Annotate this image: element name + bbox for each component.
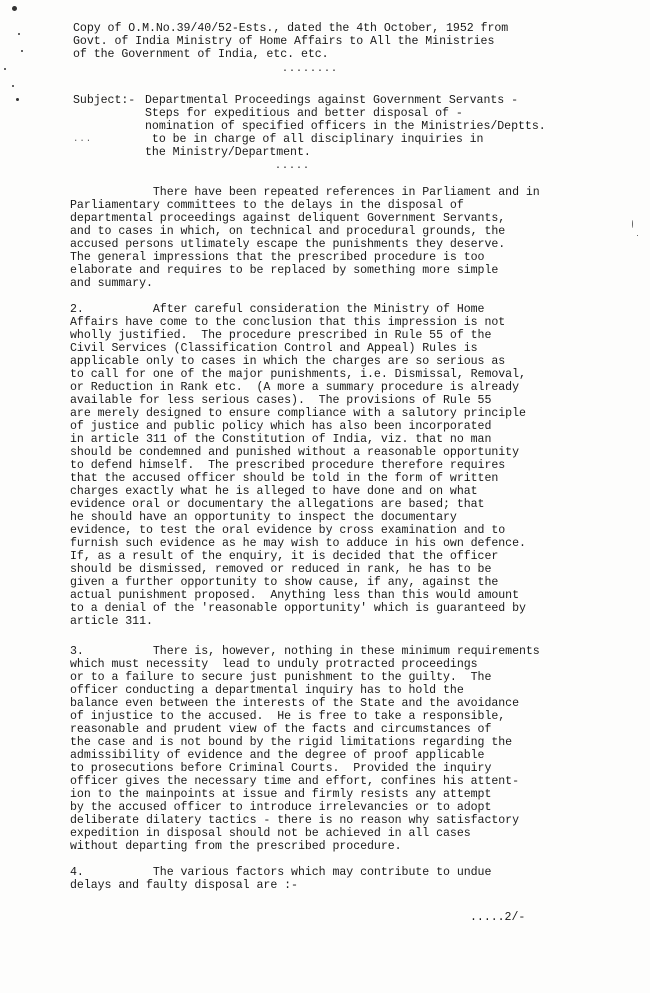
paragraph-2-line: applicable only to cases in which the ch… bbox=[70, 355, 505, 368]
subject-line: nomination of specified officers in the … bbox=[145, 120, 546, 133]
paragraph-2-line: charges exactly what he is alleged to ha… bbox=[70, 485, 478, 498]
paragraph-3-line: ion to the mainpoints at issue and firml… bbox=[70, 788, 491, 801]
paragraph-2-line: Civil Services (Classification Control a… bbox=[70, 342, 478, 355]
paragraph-3-line: admissibility of evidence and the degree… bbox=[70, 749, 484, 762]
paragraph-2-line: should be condemned and punished without… bbox=[70, 446, 519, 459]
paragraph-2-line: should be dismissed, removed or reduced … bbox=[70, 563, 491, 576]
paragraph-2-line: evidence oral or documentary the allegat… bbox=[70, 498, 484, 511]
page-continuation: .....2/- bbox=[470, 911, 525, 924]
scan-speck bbox=[632, 220, 633, 228]
paragraph-2-line: evidence, to test the oral evidence by c… bbox=[70, 524, 505, 537]
header-line: Copy of O.M.No.39/40/52-Ests., dated the… bbox=[73, 22, 508, 35]
paragraph-2-line: in article 311 of the Constitution of In… bbox=[70, 433, 491, 446]
paragraph-2-line: are merely designed to ensure compliance… bbox=[70, 407, 526, 420]
paragraph-2-line: to call for one of the major punishments… bbox=[70, 368, 526, 381]
scan-speck bbox=[12, 85, 14, 87]
paragraph-2-line: If, as a result of the enquiry, it is de… bbox=[70, 550, 498, 563]
paragraph-2-line: wholly justified. The procedure prescrib… bbox=[70, 329, 491, 342]
paragraph-2-line: actual punishment proposed. Anything les… bbox=[70, 589, 519, 602]
paragraph-3-line: the case and is not bound by the rigid l… bbox=[70, 736, 512, 749]
paragraph-2-line: that the accused officer should be told … bbox=[70, 472, 498, 485]
paragraph-1-line: Parliamentary committees to the delays i… bbox=[70, 199, 464, 212]
paragraph-2-line: available for less serious cases). The p… bbox=[70, 394, 491, 407]
subject-line: Steps for expeditious and better disposa… bbox=[145, 107, 463, 120]
paragraph-1-line: and to cases in which, on technical and … bbox=[70, 225, 505, 238]
paragraph-2-line: given a further opportunity to show caus… bbox=[70, 576, 498, 589]
paragraph-3-line: by the accused officer to introduce irre… bbox=[70, 801, 491, 814]
paragraph-2-line: or Reduction in Rank etc. (A more a summ… bbox=[70, 381, 519, 394]
paragraph-3-line: balance even between the interests of th… bbox=[70, 697, 519, 710]
paragraph-1-line: and summary. bbox=[70, 277, 153, 290]
paragraph-4-line: delays and faulty disposal are :- bbox=[70, 879, 298, 892]
paragraph-3-line: officer conducting a departmental inquir… bbox=[70, 684, 464, 697]
subject-line: to be in charge of all disciplinary inqu… bbox=[145, 133, 483, 146]
paragraph-1-line: departmental proceedings against delique… bbox=[70, 212, 505, 225]
subject-label: Subject:- bbox=[73, 94, 135, 107]
scan-speck bbox=[16, 98, 19, 101]
paragraph-2-line: furnish such evidence as he may wish to … bbox=[70, 537, 526, 550]
paragraph-2-line: he should have an opportunity to inspect… bbox=[70, 511, 457, 524]
paragraph-2-line: After careful consideration the Ministry… bbox=[70, 303, 484, 316]
scan-speck bbox=[18, 33, 20, 35]
paragraph-3-line: to prosecutions before Criminal Courts. … bbox=[70, 762, 491, 775]
paragraph-4-line: The various factors which may contribute… bbox=[70, 866, 491, 879]
paragraph-1-line: elaborate and requires to be replaced by… bbox=[70, 264, 498, 277]
paragraph-2-line: Affairs have come to the conclusion that… bbox=[70, 316, 505, 329]
scanned-document-page: Copy of O.M.No.39/40/52-Ests., dated the… bbox=[0, 0, 650, 993]
scan-speck bbox=[12, 6, 17, 11]
paragraph-1-line: The general impressions that the prescri… bbox=[70, 251, 484, 264]
paragraph-3-line: which must necessity lead to unduly prot… bbox=[70, 658, 478, 671]
paragraph-1-line: There have been repeated references in P… bbox=[70, 186, 540, 199]
paragraph-3-line: of injustice to the accused. He is free … bbox=[70, 710, 505, 723]
scan-speck bbox=[21, 50, 23, 52]
header-separator: ........ bbox=[282, 64, 338, 75]
paragraph-3-line: expedition in disposal should not be ach… bbox=[70, 827, 471, 840]
margin-mark: ... bbox=[73, 134, 92, 144]
paragraph-3-line: There is, however, nothing in these mini… bbox=[70, 645, 540, 658]
header-line: Govt. of India Ministry of Home Affairs … bbox=[73, 35, 494, 48]
paragraph-2-line: to defend himself. The prescribed proced… bbox=[70, 459, 505, 472]
paragraph-3-line: without departing from the prescribed pr… bbox=[70, 840, 402, 853]
scan-speck bbox=[637, 235, 638, 236]
paragraph-3-line: deliberate dilatery tactics - there is n… bbox=[70, 814, 519, 827]
subject-line: the Ministry/Department. bbox=[145, 146, 311, 159]
paragraph-2-line: article 311. bbox=[70, 615, 153, 628]
paragraph-2-line: to a denial of the 'reasonable opportuni… bbox=[70, 602, 526, 615]
header-line: of the Government of India, etc. etc. bbox=[73, 48, 329, 61]
scan-speck bbox=[4, 68, 6, 70]
subject-separator: ..... bbox=[275, 161, 310, 172]
paragraph-3-line: reasonable and prudent view of the facts… bbox=[70, 723, 491, 736]
subject-line: Departmental Proceedings against Governm… bbox=[145, 94, 518, 107]
paragraph-3-line: officer gives the necessary time and eff… bbox=[70, 775, 519, 788]
paragraph-1-line: accused persons utlimately escape the pu… bbox=[70, 238, 505, 251]
paragraph-2-line: of justice and public policy which has a… bbox=[70, 420, 491, 433]
paragraph-3-line: or to a failure to secure just punishmen… bbox=[70, 671, 491, 684]
